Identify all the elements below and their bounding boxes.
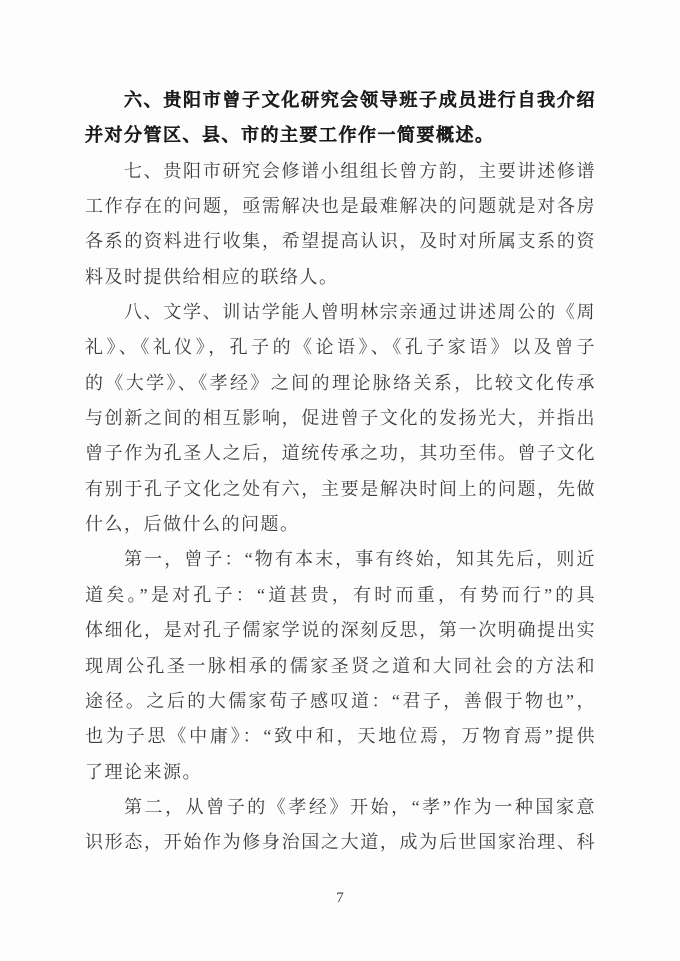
text-line: 有别于孔子文化之处有六，主要是解决时间上的问题，先做 <box>85 472 596 507</box>
text-line: 体细化，是对孔子儒家学说的深刻反思，第一次明确提出实 <box>85 613 596 648</box>
paragraph-item-eight: 八、文学、训诂学能人曾明林宗亲通过讲述周公的《周礼》、《礼仪》，孔子的《论语》、… <box>85 295 596 542</box>
text-line: 了理论来源。 <box>85 755 596 790</box>
text-line: 工作存在的问题，亟需解决也是最难解决的问题就是对各房 <box>85 189 596 224</box>
text-line: 第一，曾子：“物有本末，事有终始，知其先后，则近 <box>85 542 596 577</box>
text-line: 并对分管区、县、市的主要工作作一简要概述。 <box>85 118 596 153</box>
text-line: 什么，后做什么的问题。 <box>85 507 596 542</box>
page-number: 7 <box>336 890 344 906</box>
document-page: 六、贵阳市曾子文化研究会领导班子成员进行自我介绍并对分管区、县、市的主要工作作一… <box>0 0 680 961</box>
text-line: 识形态，开始作为修身治国之大道，成为后世国家治理、科 <box>85 825 596 860</box>
paragraph-item-seven: 七、贵阳市研究会修谱小组组长曾方韵，主要讲述修谱工作存在的问题，亟需解决也是最难… <box>85 154 596 295</box>
text-line: 八、文学、训诂学能人曾明林宗亲通过讲述周公的《周 <box>85 295 596 330</box>
text-line: 道矣。”是对孔子：“道甚贵，有时而重，有势而行”的具 <box>85 578 596 613</box>
text-line: 的《大学》、《孝经》之间的理论脉络关系，比较文化传承 <box>85 366 596 401</box>
heading-item-six: 六、贵阳市曾子文化研究会领导班子成员进行自我介绍并对分管区、县、市的主要工作作一… <box>85 83 596 154</box>
text-line: 各系的资料进行收集，希望提高认识，及时对所属支系的资 <box>85 224 596 259</box>
text-line: 与创新之间的相互影响，促进曾子文化的发扬光大，并指出 <box>85 401 596 436</box>
text-line: 料及时提供给相应的联络人。 <box>85 260 596 295</box>
document-body: 六、贵阳市曾子文化研究会领导班子成员进行自我介绍并对分管区、县、市的主要工作作一… <box>85 83 596 861</box>
text-line: 曾子作为孔圣人之后，道统传承之功，其功至伟。曾子文化 <box>85 436 596 471</box>
paragraph-point-one: 第一，曾子：“物有本末，事有终始，知其先后，则近道矣。”是对孔子：“道甚贵，有时… <box>85 542 596 789</box>
text-line: 六、贵阳市曾子文化研究会领导班子成员进行自我介绍 <box>85 83 596 118</box>
text-line: 第二，从曾子的《孝经》开始，“孝”作为一种国家意 <box>85 790 596 825</box>
page-footer: 7 <box>0 889 680 907</box>
text-line: 七、贵阳市研究会修谱小组组长曾方韵，主要讲述修谱 <box>85 154 596 189</box>
text-line: 途径。之后的大儒家荀子感叹道：“君子，善假于物也”， <box>85 684 596 719</box>
text-line: 现周公孔圣一脉相承的儒家圣贤之道和大同社会的方法和 <box>85 649 596 684</box>
paragraph-point-two: 第二，从曾子的《孝经》开始，“孝”作为一种国家意识形态，开始作为修身治国之大道，… <box>85 790 596 861</box>
text-line: 礼》、《礼仪》，孔子的《论语》、《孔子家语》以及曾子 <box>85 330 596 365</box>
text-line: 也为子思《中庸》：“致中和，天地位焉，万物育焉”提供 <box>85 719 596 754</box>
